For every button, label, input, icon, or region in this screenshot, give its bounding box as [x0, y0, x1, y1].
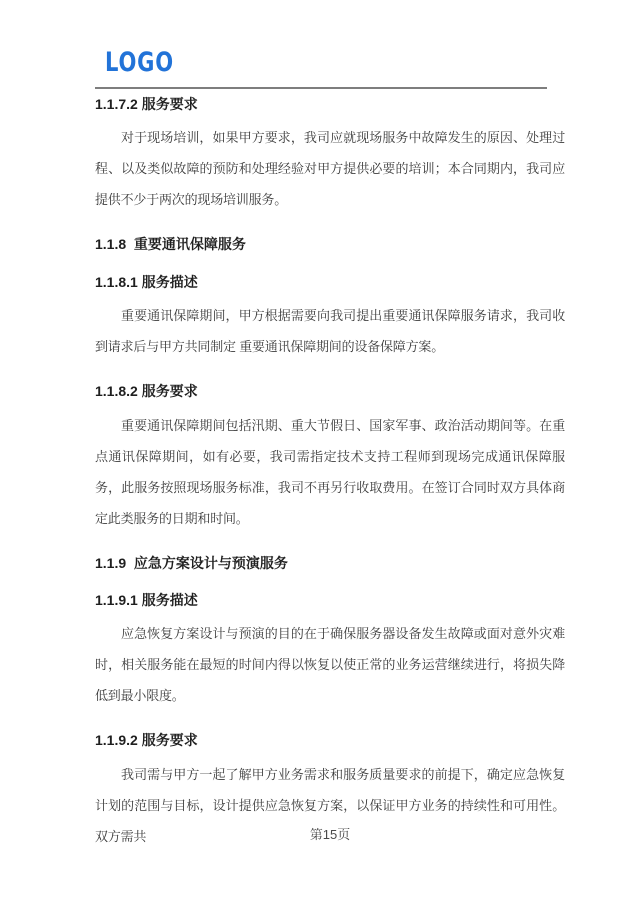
section-heading: 1.1.8.1 服务描述 — [95, 275, 565, 290]
body-paragraph: 重要通讯保障期间包括汛期、重大节假日、国家军事、政治活动期间等。在重点通讯保障期… — [95, 410, 565, 534]
page-content: LOGO 1.1.7.2 服务要求 对于现场培训，如果甲方要求，我司应就现场服务… — [95, 50, 565, 852]
section-heading: 1.1.7.2 服务要求 — [95, 97, 565, 112]
document-page: LOGO 1.1.7.2 服务要求 对于现场培训，如果甲方要求，我司应就现场服务… — [0, 0, 640, 906]
section-heading: 1.1.8.2 服务要求 — [95, 384, 565, 399]
section-heading: 1.1.9.2 服务要求 — [95, 733, 565, 748]
section-heading: 1.1.9.1 服务描述 — [95, 593, 565, 608]
body-paragraph: 重要通讯保障期间，甲方根据需要向我司提出重要通讯保障服务请求，我司收到请求后与甲… — [95, 300, 565, 362]
section-heading: 1.1.9 应急方案设计与预演服务 — [95, 556, 565, 571]
section-heading: 1.1.8 重要通讯保障服务 — [95, 237, 565, 252]
document-body: 1.1.7.2 服务要求 对于现场培训，如果甲方要求，我司应就现场服务中故障发生… — [95, 97, 565, 852]
body-paragraph: 对于现场培训，如果甲方要求，我司应就现场服务中故障发生的原因、处理过程、以及类似… — [95, 122, 565, 215]
page-number: 第15页 — [95, 824, 565, 843]
body-paragraph: 应急恢复方案设计与预演的目的在于确保服务器设备发生故障或面对意外灾难时，相关服务… — [95, 618, 565, 711]
header-divider — [95, 87, 547, 89]
company-logo: LOGO — [105, 50, 464, 76]
